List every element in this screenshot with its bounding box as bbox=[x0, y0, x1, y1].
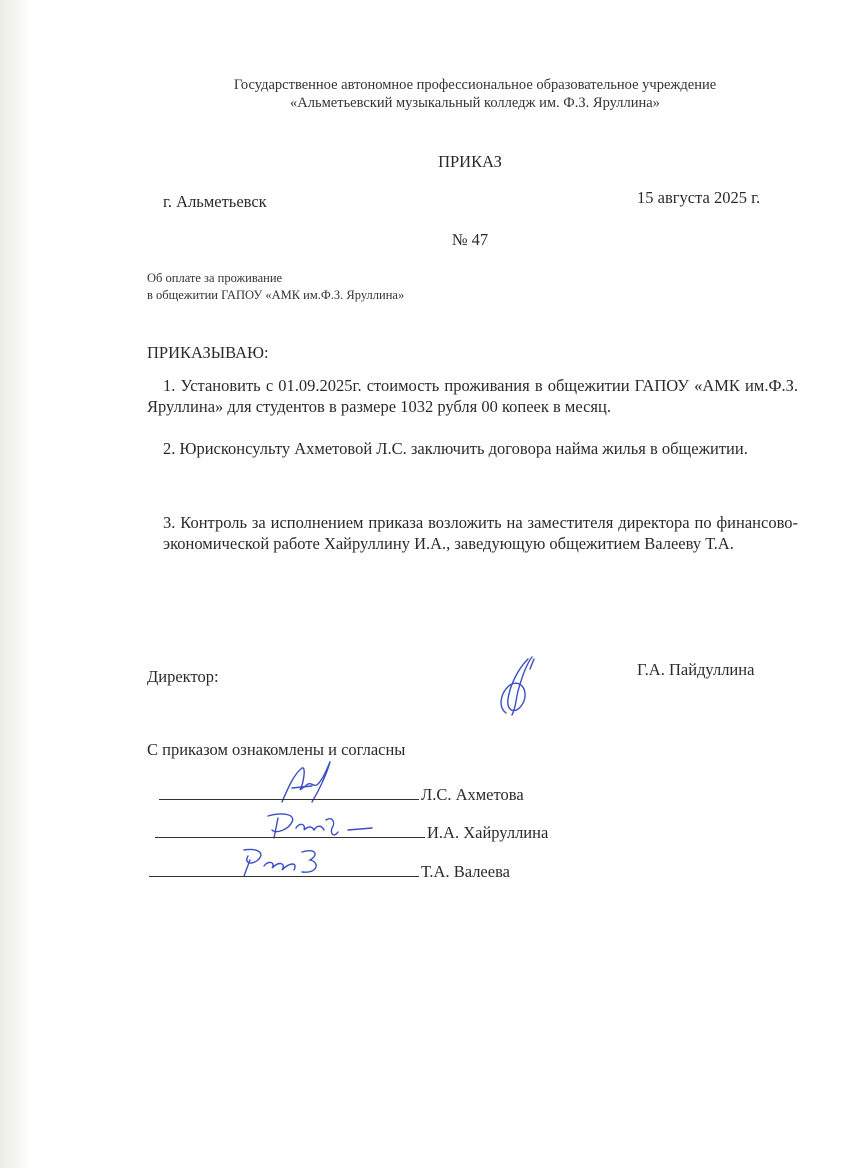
signatory-row: Л.С. Ахметова bbox=[159, 783, 524, 805]
signatory-row: Т.А. Валеева bbox=[149, 860, 510, 882]
signature-line bbox=[149, 860, 419, 877]
director-signature-icon bbox=[488, 655, 548, 717]
document-title: ПРИКАЗ bbox=[0, 152, 848, 172]
subject-line-1: Об оплате за проживание bbox=[147, 270, 404, 287]
subject-line-2: в общежитии ГАПОУ «АМК им.Ф.З. Яруллина» bbox=[147, 287, 404, 304]
order-item-2: 2. Юрисконсульту Ахметовой Л.С. заключит… bbox=[147, 438, 798, 459]
document-number: № 47 bbox=[0, 230, 848, 250]
signature-line bbox=[155, 821, 425, 838]
signatory-name: Л.С. Ахметова bbox=[421, 785, 524, 804]
document-date: 15 августа 2025 г. bbox=[637, 188, 760, 208]
scan-edge-shadow bbox=[0, 0, 30, 1168]
acknowledgement-label: С приказом ознакомлены и согласны bbox=[147, 740, 405, 760]
director-label: Директор: bbox=[147, 667, 219, 687]
order-item-3: 3. Контроль за исполнением приказа возло… bbox=[163, 512, 798, 554]
signatory-name: И.А. Хайруллина bbox=[427, 823, 548, 842]
document-subject: Об оплате за проживание в общежитии ГАПО… bbox=[147, 270, 404, 304]
organization-header: Государственное автономное профессиональ… bbox=[160, 76, 790, 112]
signature-line bbox=[159, 783, 419, 800]
organization-line-2: «Альметьевский музыкальный колледж им. Ф… bbox=[160, 94, 790, 112]
order-item-1: 1. Установить с 01.09.2025г. стоимость п… bbox=[147, 375, 798, 417]
document-city: г. Альметьевск bbox=[163, 192, 267, 212]
signatory-name: Т.А. Валеева bbox=[421, 862, 510, 881]
organization-line-1: Государственное автономное профессиональ… bbox=[160, 76, 790, 94]
signatory-row: И.А. Хайруллина bbox=[155, 821, 548, 843]
order-heading: ПРИКАЗЫВАЮ: bbox=[147, 343, 269, 363]
director-name: Г.А. Пайдуллина bbox=[637, 660, 754, 680]
